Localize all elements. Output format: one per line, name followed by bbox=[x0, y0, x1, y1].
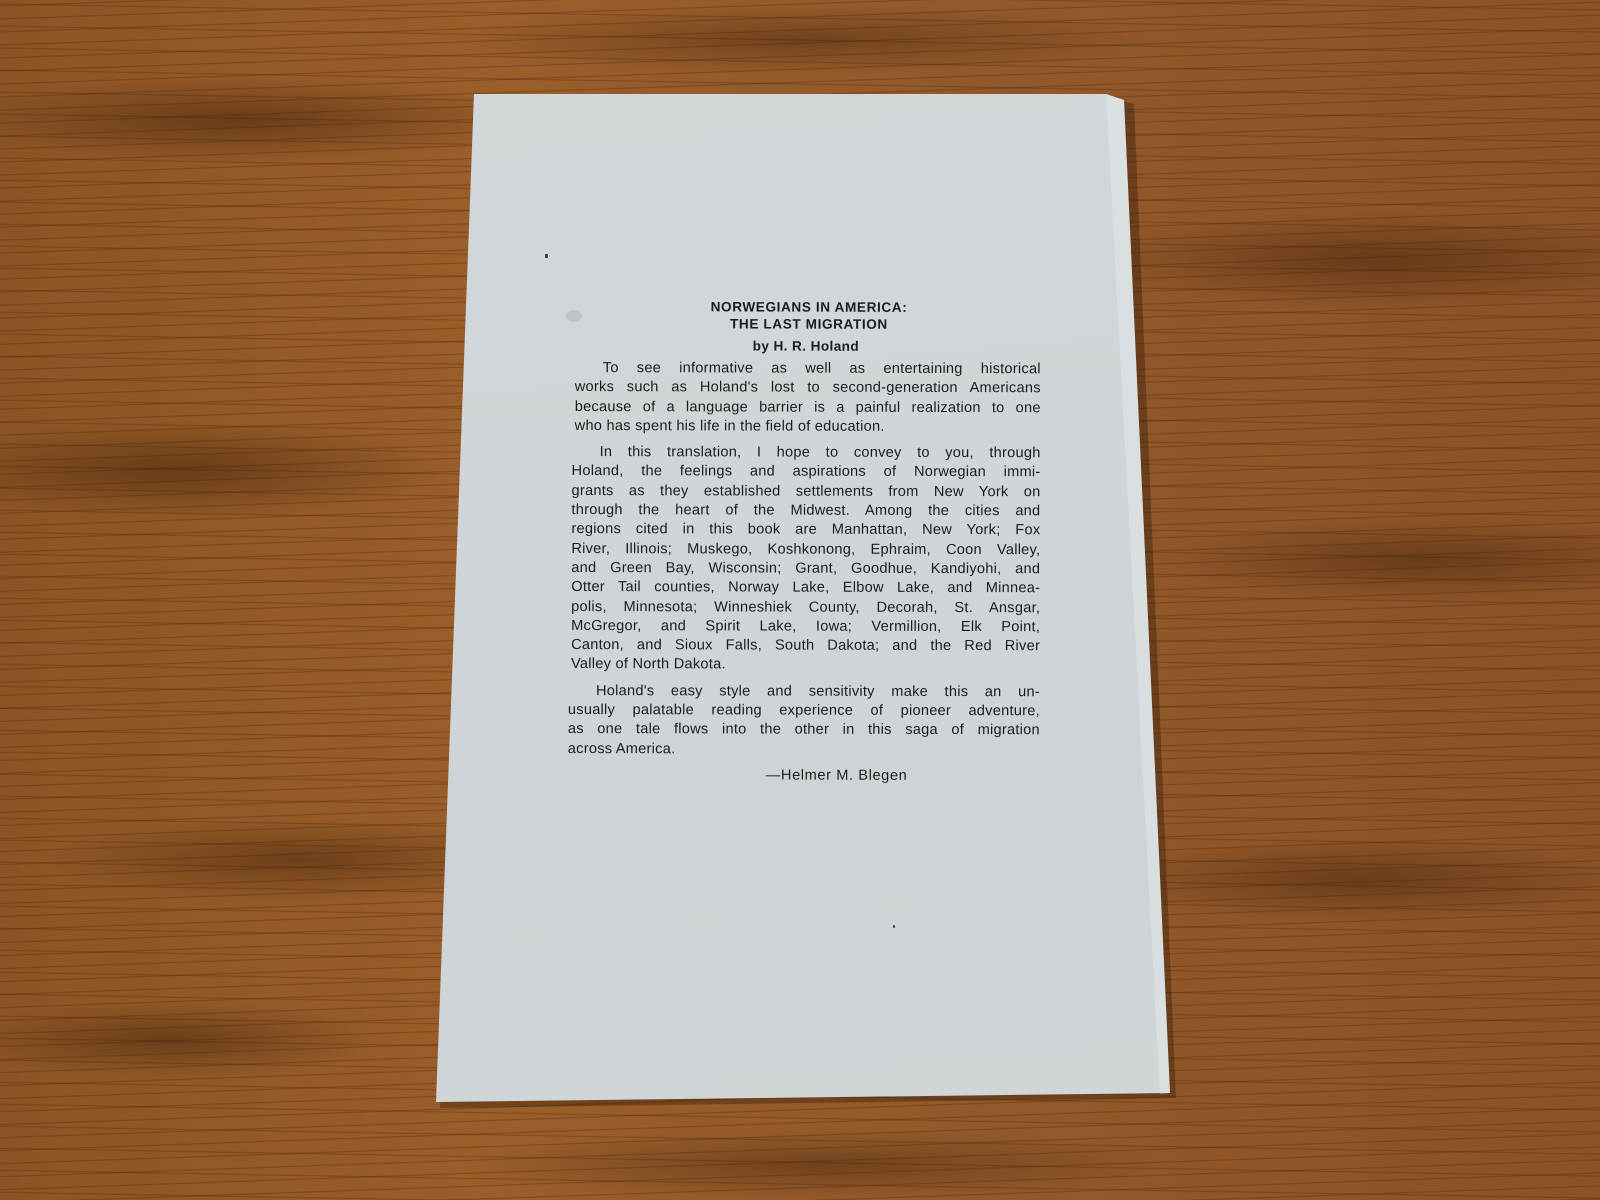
blurb-paragraph-1: To see informative as well as entertaini… bbox=[575, 359, 1041, 437]
cover-text: NORWEGIANS IN AMERICA: THE LAST MIGRATIO… bbox=[570, 298, 1041, 786]
text-line: as one tale flows into the other in this… bbox=[568, 720, 1040, 741]
text-line: through the heart of the Midwest. Among … bbox=[571, 501, 1040, 522]
text-line: regions cited in this book are Manhattan… bbox=[571, 520, 1040, 541]
book-author-byline: by H. R. Holand bbox=[571, 337, 1041, 355]
book-title-line-2: THE LAST MIGRATION bbox=[577, 315, 1041, 333]
text-line: Holand's easy style and sensitivity make… bbox=[568, 682, 1040, 703]
text-line: across America. bbox=[568, 740, 1040, 761]
blurb-paragraph-2: In this translation, I hope to convey to… bbox=[571, 443, 1041, 676]
text-line: Canton, and Sioux Falls, South Dakota; a… bbox=[571, 636, 1040, 657]
text-line: To see informative as well as entertaini… bbox=[575, 359, 1041, 380]
text-line: Valley of North Dakota. bbox=[571, 655, 1040, 676]
blurb-signature: —Helmer M. Blegen bbox=[766, 766, 1040, 786]
text-line: Holand, the feelings and aspirations of … bbox=[572, 462, 1041, 483]
book-title-line-1: NORWEGIANS IN AMERICA: bbox=[577, 298, 1041, 316]
text-line: usually palatable reading experience of … bbox=[568, 701, 1040, 722]
text-line: and Green Bay, Wisconsin; Grant, Goodhue… bbox=[571, 559, 1040, 580]
blurb-paragraph-3: Holand's easy style and sensitivity make… bbox=[568, 682, 1040, 760]
text-line: grants as they established settlements f… bbox=[571, 482, 1040, 503]
cover-speck bbox=[893, 925, 895, 928]
text-line: works such as Holand's lost to second-ge… bbox=[575, 378, 1041, 399]
text-line: who has spent his life in the field of e… bbox=[575, 417, 1041, 438]
text-line: Otter Tail counties, Norway Lake, Elbow … bbox=[571, 578, 1040, 599]
cover-speck bbox=[545, 254, 548, 258]
text-line: McGregor, and Spirit Lake, Iowa; Vermill… bbox=[571, 617, 1040, 638]
text-line: polis, Minnesota; Winneshiek County, Dec… bbox=[571, 598, 1040, 619]
text-line: because of a language barrier is a painf… bbox=[575, 398, 1041, 419]
text-line: River, Illinois; Muskego, Koshkonong, Ep… bbox=[571, 540, 1040, 561]
text-line: In this translation, I hope to convey to… bbox=[572, 443, 1041, 464]
